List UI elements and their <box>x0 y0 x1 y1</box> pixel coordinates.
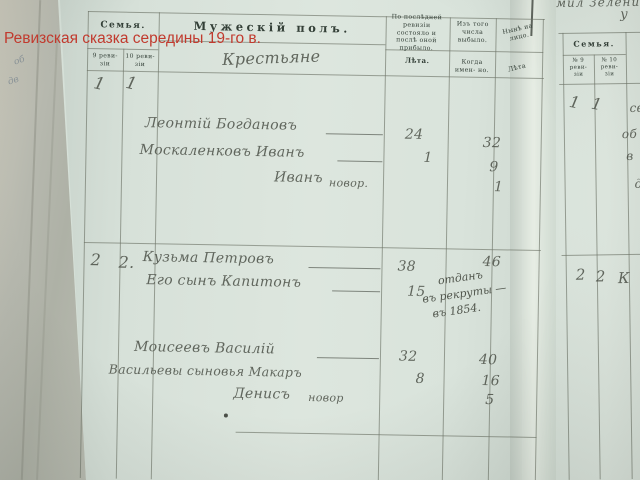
handwriting-fragment: К <box>618 269 630 287</box>
grid-line <box>236 432 537 438</box>
present-column-header: Нынѣ на лицо. <box>495 21 541 46</box>
person-age-now: 16 <box>481 373 500 389</box>
handwriting-fragment: д <box>634 177 640 191</box>
handwriting-flourish: у <box>620 7 628 22</box>
person-name: Москаленковъ Иванъ <box>139 142 304 161</box>
person-age-last: 24 <box>405 127 424 143</box>
years-column-header: Лѣта. <box>385 56 449 66</box>
person-age-now: 1 <box>494 179 503 195</box>
person-name: Васильевы сыновья Макаръ <box>109 361 302 379</box>
archival-photo: об дв Семья. 9 реви- зіи 10 реви- зіи Му… <box>0 0 640 480</box>
person-age-last: 32 <box>399 349 418 365</box>
person-name: Леонтій Богдановъ <box>145 115 297 134</box>
grid-line <box>151 12 160 479</box>
person-name: Денисъ <box>233 386 290 403</box>
family-column-header-right: Семья. <box>563 38 626 49</box>
grid-line <box>625 32 632 479</box>
when-exactly-column-header: Когда имен- но. <box>450 58 494 74</box>
years2-column-header: Лѣта <box>497 59 538 76</box>
person-age-last: новор. <box>329 176 368 190</box>
handwriting-fragment: в <box>626 149 633 163</box>
family2-no9-right: 2 <box>576 266 586 284</box>
ruled-dash <box>337 160 382 162</box>
handwriting-fragment: об <box>622 127 637 141</box>
departed-column-header: Изъ того числа выбыло. <box>452 20 492 44</box>
family1-no10: 1 <box>124 73 139 95</box>
handwriting-fragment: св <box>629 101 640 115</box>
person-age-now: 32 <box>483 135 502 151</box>
person-name: Иванъ <box>274 169 323 186</box>
family2-no10: 2. <box>118 253 134 272</box>
ruled-dash <box>332 290 380 292</box>
recruit-note: отданъ въ рекруты — въ 1854. <box>409 264 509 325</box>
person-age-last: 38 <box>397 258 416 274</box>
person-age-now: 9 <box>489 159 498 175</box>
estate-handwriting: Крестьяне <box>222 47 321 69</box>
revision10-subheader-right: № 10 реви- зіи <box>595 57 624 78</box>
person-age-last: новор <box>308 391 344 405</box>
left-revision-table: Семья. 9 реви- зіи 10 реви- зіи Мужескій… <box>77 8 547 480</box>
family2-no9: 2 <box>90 250 101 269</box>
person-age-last: 1 <box>423 150 432 166</box>
person-name: Его сынъ Капитонъ <box>146 272 301 291</box>
family1-no9-right: 1 <box>568 92 582 113</box>
family1-no9: 1 <box>92 73 107 95</box>
revision9-subheader-right: № 9 реви- зіи <box>564 57 593 78</box>
family1-no10-right: 1 <box>590 94 604 115</box>
ruled-dash <box>308 267 380 269</box>
last-revision-column-header: По послѣдней ревизіи состояло и послѣ он… <box>387 13 446 53</box>
person-age-now: 5 <box>485 392 494 408</box>
revision10-subheader: 10 реви- зіи <box>123 53 157 69</box>
grid-line <box>558 32 640 34</box>
ink-dot <box>224 413 228 417</box>
right-revision-table: мил Зелени у Семья. № 9 реви- зіи № 10 р… <box>556 0 640 480</box>
ruled-dash <box>317 357 379 359</box>
slide-caption: Ревизская сказка середины 19-го в. <box>4 30 261 48</box>
ruled-dash <box>326 133 383 135</box>
grid-line <box>559 83 640 85</box>
person-age-last: 8 <box>415 371 424 387</box>
person-name: Моисеевъ Василій <box>134 339 275 357</box>
family2-no10-right: 2 <box>596 267 606 285</box>
person-name: Кузьма Петровъ <box>143 249 275 267</box>
revision9-subheader: 9 реви- зіи <box>88 52 122 68</box>
person-age-now: 40 <box>479 352 498 368</box>
